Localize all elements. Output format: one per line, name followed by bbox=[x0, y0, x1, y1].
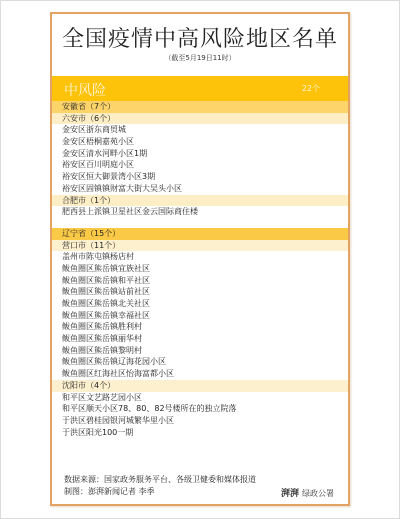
footer: 数据来源：国家政务服务平台、各级卫健委和媒体报道 制图：澎湃新闻记者 李季 湃湃… bbox=[64, 474, 338, 498]
risk-level-label: 中风险 bbox=[64, 80, 106, 100]
list-item: 鲅鱼圈区熊岳镇胜利村 bbox=[52, 321, 348, 333]
list-item: 鲅鱼圈区熊岳镇宜族社区 bbox=[52, 263, 348, 275]
risk-list-card: 全国疫情中高风险地区名单 （截至5月19日11时） 中风险 22个 安徽省（7个… bbox=[50, 12, 350, 506]
city-shenyang: 沈阳市（4个） bbox=[52, 380, 348, 392]
page-subtitle: （截至5月19日11时） bbox=[52, 53, 348, 63]
province-liaoning: 辽宁省（15个） bbox=[52, 228, 348, 240]
list-item: 鲅鱼圈区熊岳镇辽海花园小区 bbox=[52, 356, 348, 368]
city-hefei: 合肥市（1个） bbox=[52, 195, 348, 207]
list-item: 金安区浙东商贸城 bbox=[52, 124, 348, 136]
list-item: 鲅鱼圈区熊岳镇幸福社区 bbox=[52, 310, 348, 322]
list-item: 和平区文艺路艺园小区 bbox=[52, 392, 348, 404]
list-item: 裕安区恒大御景湾小区3期 bbox=[52, 171, 348, 183]
medium-risk-header: 中风险 22个 bbox=[52, 76, 348, 101]
list-item: 金安区梧桐嘉苑小区 bbox=[52, 136, 348, 148]
list-item: 鲅鱼圈区熊岳镇站前社区 bbox=[52, 286, 348, 298]
list-item: 于洪区碧桂园银河城繁华里小区 bbox=[52, 415, 348, 427]
list-item: 和平区顺天小区78、80、82号楼所在的独立院落 bbox=[52, 403, 348, 415]
area-list: 安徽省（7个） 六安市（6个） 金安区浙东商贸城 金安区梧桐嘉苑小区 金安区清水… bbox=[52, 101, 348, 438]
list-item: 鲅鱼圈区熊岳镇北关社区 bbox=[52, 298, 348, 310]
brand-signature: 湃湃绿政公署 bbox=[281, 486, 334, 499]
list-item: 裕安区固镇镇财富大街大吴头小区 bbox=[52, 183, 348, 195]
page-title: 全国疫情中高风险地区名单 bbox=[52, 22, 348, 53]
brand-text: 绿政公署 bbox=[302, 489, 334, 498]
section-spacer bbox=[52, 218, 348, 228]
list-item: 裕安区百川明庭小区 bbox=[52, 159, 348, 171]
list-item: 金安区清水河畔小区1期 bbox=[52, 148, 348, 160]
list-item: 鲅鱼圈区熊岳镇黎明村 bbox=[52, 345, 348, 357]
list-item: 鲅鱼圈区熊岳镇丽华村 bbox=[52, 333, 348, 345]
list-item: 鲅鱼圈区红海社区怡海富都小区 bbox=[52, 368, 348, 380]
list-item: 于洪区阳光100一期 bbox=[52, 427, 348, 439]
province-anhui: 安徽省（7个） bbox=[52, 101, 348, 113]
brand-logo-icon: 湃湃 bbox=[281, 489, 299, 499]
list-item: 肥西县上派镇卫星社区金云国际商住楼 bbox=[52, 206, 348, 218]
list-item: 鲅鱼圈区熊岳镇和平社区 bbox=[52, 275, 348, 287]
data-source: 数据来源：国家政务服务平台、各级卫健委和媒体报道 bbox=[64, 474, 338, 486]
risk-level-count: 22个 bbox=[302, 83, 320, 94]
list-item: 盖州市陈屯镇杨店村 bbox=[52, 251, 348, 263]
city-yingkou: 营口市（11个） bbox=[52, 240, 348, 252]
city-luan: 六安市（6个） bbox=[52, 113, 348, 125]
